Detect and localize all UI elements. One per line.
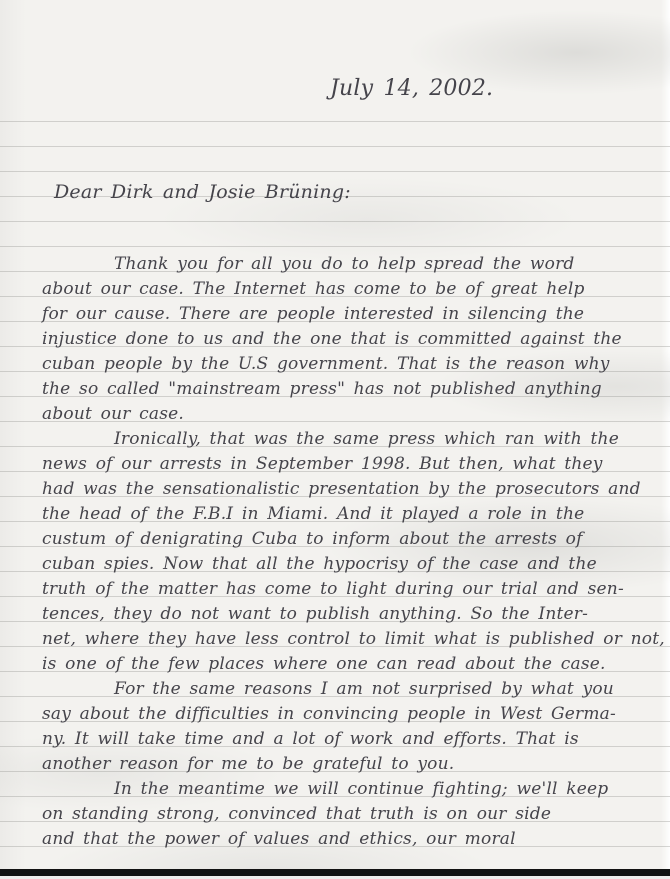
letter-line: For the same reasons I am not surprised … [42, 677, 652, 702]
letter-line: news of our arrests in September 1998. B… [42, 452, 652, 477]
letter-line: the head of the F.B.I in Miami. And it p… [42, 502, 652, 527]
letter-line: net, where they have less control to lim… [42, 627, 652, 652]
handwritten-letter-scan: July 14, 2002. Dear Dirk and Josie Brüni… [0, 0, 670, 879]
letter-line: about our case. [42, 402, 652, 427]
letter-line: In the meantime we will continue fightin… [42, 777, 652, 802]
letter-line: another reason for me to be grateful to … [42, 752, 652, 777]
letter-body: Thank you for all you do to help spread … [42, 252, 652, 852]
letter-line: truth of the matter has come to light du… [42, 577, 652, 602]
letter-date: July 14, 2002. [330, 76, 493, 101]
letter-line: ny. It will take time and a lot of work … [42, 727, 652, 752]
scan-bottom-bar [0, 869, 670, 876]
letter-line: injustice done to us and the one that is… [42, 327, 652, 352]
letter-line: custum of denigrating Cuba to inform abo… [42, 527, 652, 552]
letter-line: the so called "mainstream press" has not… [42, 377, 652, 402]
letter-line: Ironically, that was the same press whic… [42, 427, 652, 452]
letter-line: cuban spies. Now that all the hypocrisy … [42, 552, 652, 577]
letter-line: for our cause. There are people interest… [42, 302, 652, 327]
letter-line: about our case. The Internet has come to… [42, 277, 652, 302]
letter-line: tences, they do not want to publish anyt… [42, 602, 652, 627]
letter-line: and that the power of values and ethics,… [42, 827, 652, 852]
letter-line: on standing strong, convinced that truth… [42, 802, 652, 827]
letter-line: say about the difficulties in convincing… [42, 702, 652, 727]
letter-line: cuban people by the U.S government. That… [42, 352, 652, 377]
letter-salutation: Dear Dirk and Josie Brüning: [54, 181, 351, 203]
letter-line: Thank you for all you do to help spread … [42, 252, 652, 277]
letter-line: had was the sensationalistic presentatio… [42, 477, 652, 502]
letter-line: is one of the few places where one can r… [42, 652, 652, 677]
